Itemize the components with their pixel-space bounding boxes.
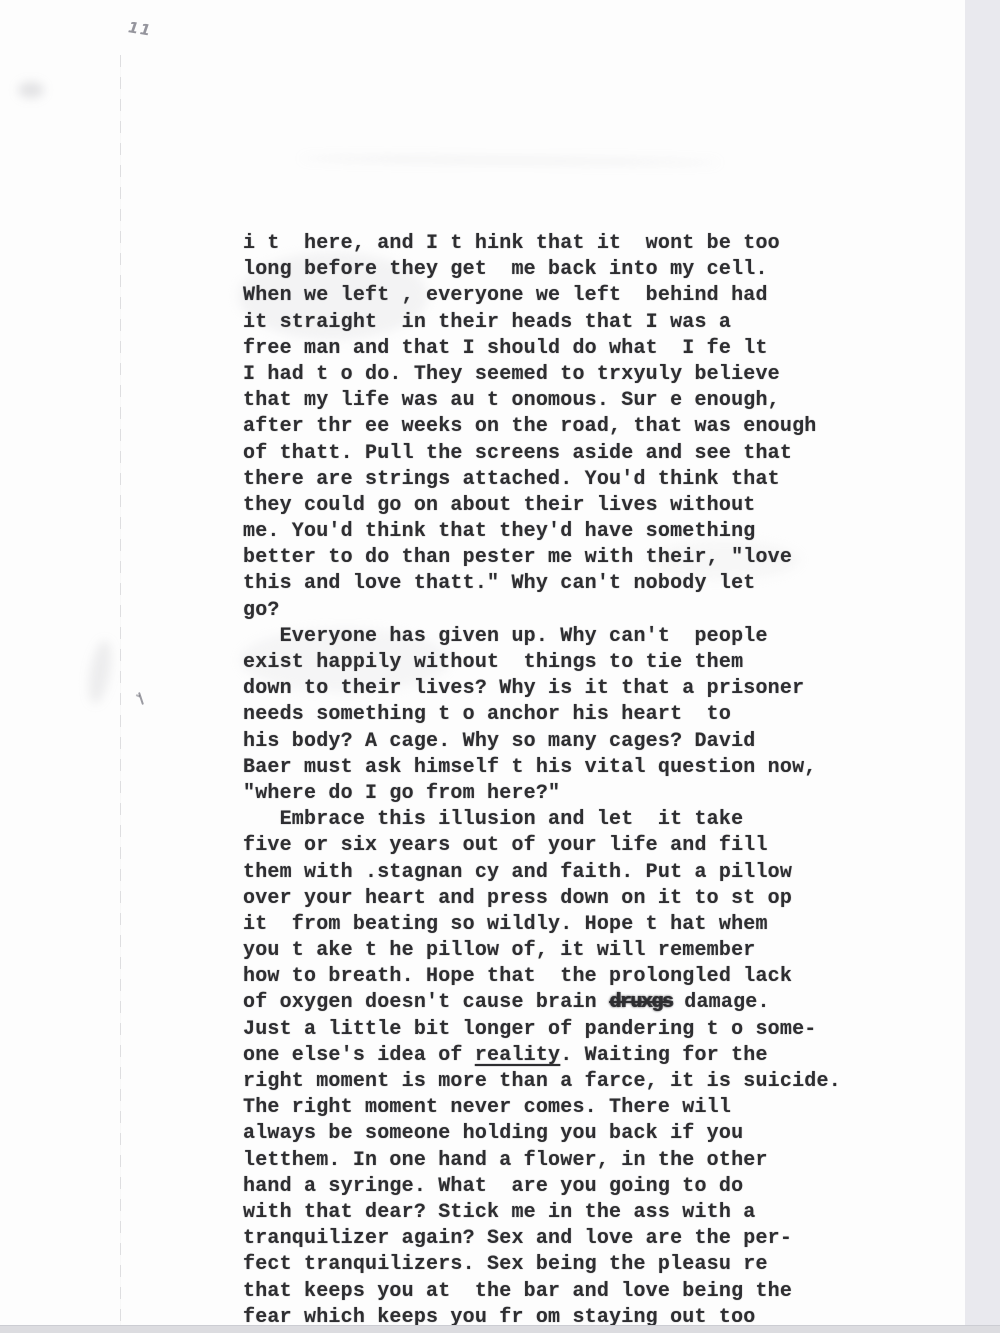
scanned-document-page: 11 i t here, and I t hink that it wont b… (0, 0, 965, 1325)
text-line: five or six years out of your life and f… (243, 833, 841, 859)
text-line: letthem. In one hand a flower, in the ot… (243, 1148, 841, 1174)
text-line: fear which keeps you fr om staying out t… (243, 1305, 841, 1325)
typewritten-text: i t here, and I t hink that it wont be t… (243, 231, 841, 1325)
text-line: one else's idea of reality. Waiting for … (243, 1043, 841, 1069)
scan-edge-right (965, 0, 1000, 1333)
text-line: "where do I go from here?" (243, 781, 841, 807)
text-line: how to breath. Hope that the prolongled … (243, 964, 841, 990)
text-line: i t here, and I t hink that it wont be t… (243, 231, 841, 257)
text-line: you t ake t he pillow of, it will rememb… (243, 938, 841, 964)
text-line: I had t o do. They seemed to trxyuly bel… (243, 362, 841, 388)
text-line: When we left , everyone we left behind h… (243, 283, 841, 309)
text-line: there are strings attached. You'd think … (243, 467, 841, 493)
text-line: after thr ee weeks on the road, that was… (243, 414, 841, 440)
text-line: they could go on about their lives witho… (243, 493, 841, 519)
scan-edge-bottom (0, 1325, 1000, 1333)
scan-smudge (18, 82, 44, 98)
text-line: them with .stagnan cy and faith. Put a p… (243, 860, 841, 886)
handwritten-page-number: 11 (125, 18, 155, 39)
scan-background: 11 i t here, and I t hink that it wont b… (0, 0, 1000, 1333)
text-line: it from beating so wildly. Hope t hat wh… (243, 912, 841, 938)
text-line: always be someone holding you back if yo… (243, 1121, 841, 1147)
text-line: it straight in their heads that I was a (243, 310, 841, 336)
scan-smudge (300, 156, 720, 165)
text-line: of thatt. Pull the screens aside and see… (243, 441, 841, 467)
text-line: Everyone has given up. Why can't people (243, 624, 841, 650)
text-line: over your heart and press down on it to … (243, 886, 841, 912)
text-line: free man and that I should do what I fe … (243, 336, 841, 362)
text-line: that keeps you at the bar and love being… (243, 1279, 841, 1305)
text-line: needs something t o anchor his heart to (243, 702, 841, 728)
paper-fold-line (120, 55, 121, 1325)
text-line: down to their lives? Why is it that a pr… (243, 676, 841, 702)
text-line: of oxygen doesn't cause brain druxgs dam… (243, 990, 841, 1016)
text-line: The right moment never comes. There will (243, 1095, 841, 1121)
scan-smudge (85, 639, 116, 706)
text-line: Just a little bit longer of pandering t … (243, 1017, 841, 1043)
text-line: better to do than pester me with their, … (243, 545, 841, 571)
text-line: go? (243, 598, 841, 624)
text-line: exist happily without things to tie them (243, 650, 841, 676)
text-line: this and love thatt." Why can't nobody l… (243, 571, 841, 597)
text-line: tranquilizer again? Sex and love are the… (243, 1226, 841, 1252)
text-line: with that dear? Stick me in the ass with… (243, 1200, 841, 1226)
text-line: long before they get me back into my cel… (243, 257, 841, 283)
text-line: hand a syringe. What are you going to do (243, 1174, 841, 1200)
text-line: his body? A cage. Why so many cages? Dav… (243, 729, 841, 755)
text-line: fect tranquilizers. Sex being the pleasu… (243, 1252, 841, 1278)
text-line: me. You'd think that they'd have somethi… (243, 519, 841, 545)
text-line: Embrace this illusion and let it take (243, 807, 841, 833)
text-line: that my life was au t onomous. Sur e eno… (243, 388, 841, 414)
text-line: right moment is more than a farce, it is… (243, 1069, 841, 1095)
pencil-tick-mark (138, 692, 144, 705)
text-line: Baer must ask himself t his vital questi… (243, 755, 841, 781)
